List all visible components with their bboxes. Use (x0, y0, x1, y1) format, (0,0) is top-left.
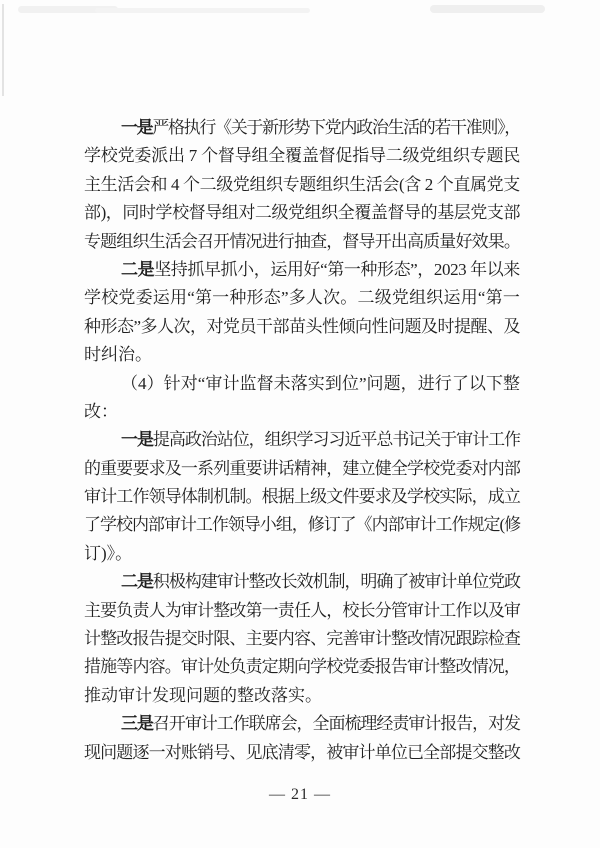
text-line-content: 措施等内容。审计处负责定期向学校党委报告审计整改情况， (84, 653, 520, 681)
text-line-content: 二是坚持抓早抓小，运用好“第一种形态”，2023 年以来 (121, 256, 520, 284)
text-line-content: 主生活会和 4 个二级党组织专题组织生活会(含 2 个直属党支 (84, 171, 520, 199)
scan-artifact-top-2 (95, 8, 310, 13)
text-line: 部)，同时学校督导组对二级党组织全覆盖督导的基层党支部 (84, 199, 520, 227)
text-line-content: 时纠治。 (84, 341, 152, 369)
text-line: 二是积极构建审计整改长效机制，明确了被审计单位党政 (84, 568, 520, 596)
text-line-content: 的重要要求及一系列重要讲话精神，建立健全学校党委对内部 (84, 455, 520, 483)
run-in-heading: 三是 (121, 714, 153, 733)
text-line: 订)》。 (84, 540, 520, 568)
text-line: 主要负责人为审计整改第一责任人，校长分管审计工作以及审 (84, 597, 520, 625)
text-block: 一是严格执行《关于新形势下党内政治生活的若干准则》，学校党委派出 7 个督导组全… (84, 114, 520, 767)
text-line: 主生活会和 4 个二级党组织专题组织生活会(含 2 个直属党支 (84, 171, 520, 199)
text-line-content: 三是召开审计工作联席会，全面梳理经责审计报告，对发 (121, 710, 520, 738)
scan-artifact-top-3 (430, 5, 545, 13)
text-line: 种形态”多人次，对党员干部苗头性倾向性问题及时提醒、及 (84, 313, 520, 341)
text-line-content: 学校党委运用“第一种形态”多人次。二级党组织运用“第一 (84, 284, 520, 312)
text-line-content: 现问题逐一对账销号、见底清零，被审计单位已全部提交整改 (84, 739, 520, 767)
text-line-content: 推动审计发现问题的整改落实。 (84, 682, 322, 710)
text-line-content: 一是提高政治站位，组织学习习近平总书记关于审计工作 (121, 426, 520, 454)
text-line: 学校党委运用“第一种形态”多人次。二级党组织运用“第一 (84, 284, 520, 312)
text-line: （4）针对“审计监督未落实到位”问题，进行了以下整 (84, 370, 520, 398)
run-in-heading: 一是 (121, 430, 153, 449)
text-line-content: 主要负责人为审计整改第一责任人，校长分管审计工作以及审 (84, 597, 520, 625)
text-line: 计整改报告提交时限、主要内容、完善审计整改情况跟踪检查 (84, 625, 520, 653)
text-line: 二是坚持抓早抓小，运用好“第一种形态”，2023 年以来 (84, 256, 520, 284)
run-in-heading: 二是 (121, 260, 154, 279)
text-line: 措施等内容。审计处负责定期向学校党委报告审计整改情况， (84, 653, 520, 681)
text-line: 三是召开审计工作联席会，全面梳理经责审计报告，对发 (84, 710, 520, 738)
text-line: 一是严格执行《关于新形势下党内政治生活的若干准则》， (84, 114, 520, 142)
scan-artifact-top-1 (18, 6, 118, 13)
page-number: — 21 — (0, 781, 600, 809)
text-line: 现问题逐一对账销号、见底清零，被审计单位已全部提交整改 (84, 739, 520, 767)
text-line-content: 审计工作领导体制机制。根据上级文件要求及学校实际，成立 (84, 483, 520, 511)
text-line-content: 改： (84, 398, 118, 426)
text-line-content: 专题组织生活会召开情况进行抽查，督导开出高质量好效果。 (84, 228, 520, 256)
document-page: 一是严格执行《关于新形势下党内政治生活的若干准则》，学校党委派出 7 个督导组全… (0, 0, 600, 848)
text-line: 了学校内部审计工作领导小组，修订了《内部审计工作规定(修 (84, 511, 520, 539)
text-line-content: 计整改报告提交时限、主要内容、完善审计整改情况跟踪检查 (84, 625, 520, 653)
text-line: 的重要要求及一系列重要讲话精神，建立健全学校党委对内部 (84, 455, 520, 483)
text-line: 审计工作领导体制机制。根据上级文件要求及学校实际，成立 (84, 483, 520, 511)
text-line-content: 订)》。 (84, 540, 132, 568)
text-line: 改： (84, 398, 520, 426)
text-line: 学校党委派出 7 个督导组全覆盖督促指导二级党组织专题民 (84, 142, 520, 170)
run-in-heading: 二是 (121, 572, 153, 591)
text-line: 推动审计发现问题的整改落实。 (84, 682, 520, 710)
text-line: 时纠治。 (84, 341, 520, 369)
text-line-content: 学校党委派出 7 个督导组全覆盖督促指导二级党组织专题民 (84, 142, 520, 170)
text-line-content: 二是积极构建审计整改长效机制，明确了被审计单位党政 (121, 568, 520, 596)
text-line-content: （4）针对“审计监督未落实到位”问题，进行了以下整 (121, 370, 520, 398)
scan-artifact-left-line (2, 4, 4, 96)
text-line-content: 了学校内部审计工作领导小组，修订了《内部审计工作规定(修 (84, 511, 520, 539)
text-line: 一是提高政治站位，组织学习习近平总书记关于审计工作 (84, 426, 520, 454)
text-line-content: 部)，同时学校督导组对二级党组织全覆盖督导的基层党支部 (84, 199, 520, 227)
run-in-heading: 一是 (121, 118, 152, 137)
text-line-content: 种形态”多人次，对党员干部苗头性倾向性问题及时提醒、及 (84, 313, 520, 341)
text-line: 专题组织生活会召开情况进行抽查，督导开出高质量好效果。 (84, 228, 520, 256)
text-line-content: 一是严格执行《关于新形势下党内政治生活的若干准则》， (121, 114, 520, 142)
